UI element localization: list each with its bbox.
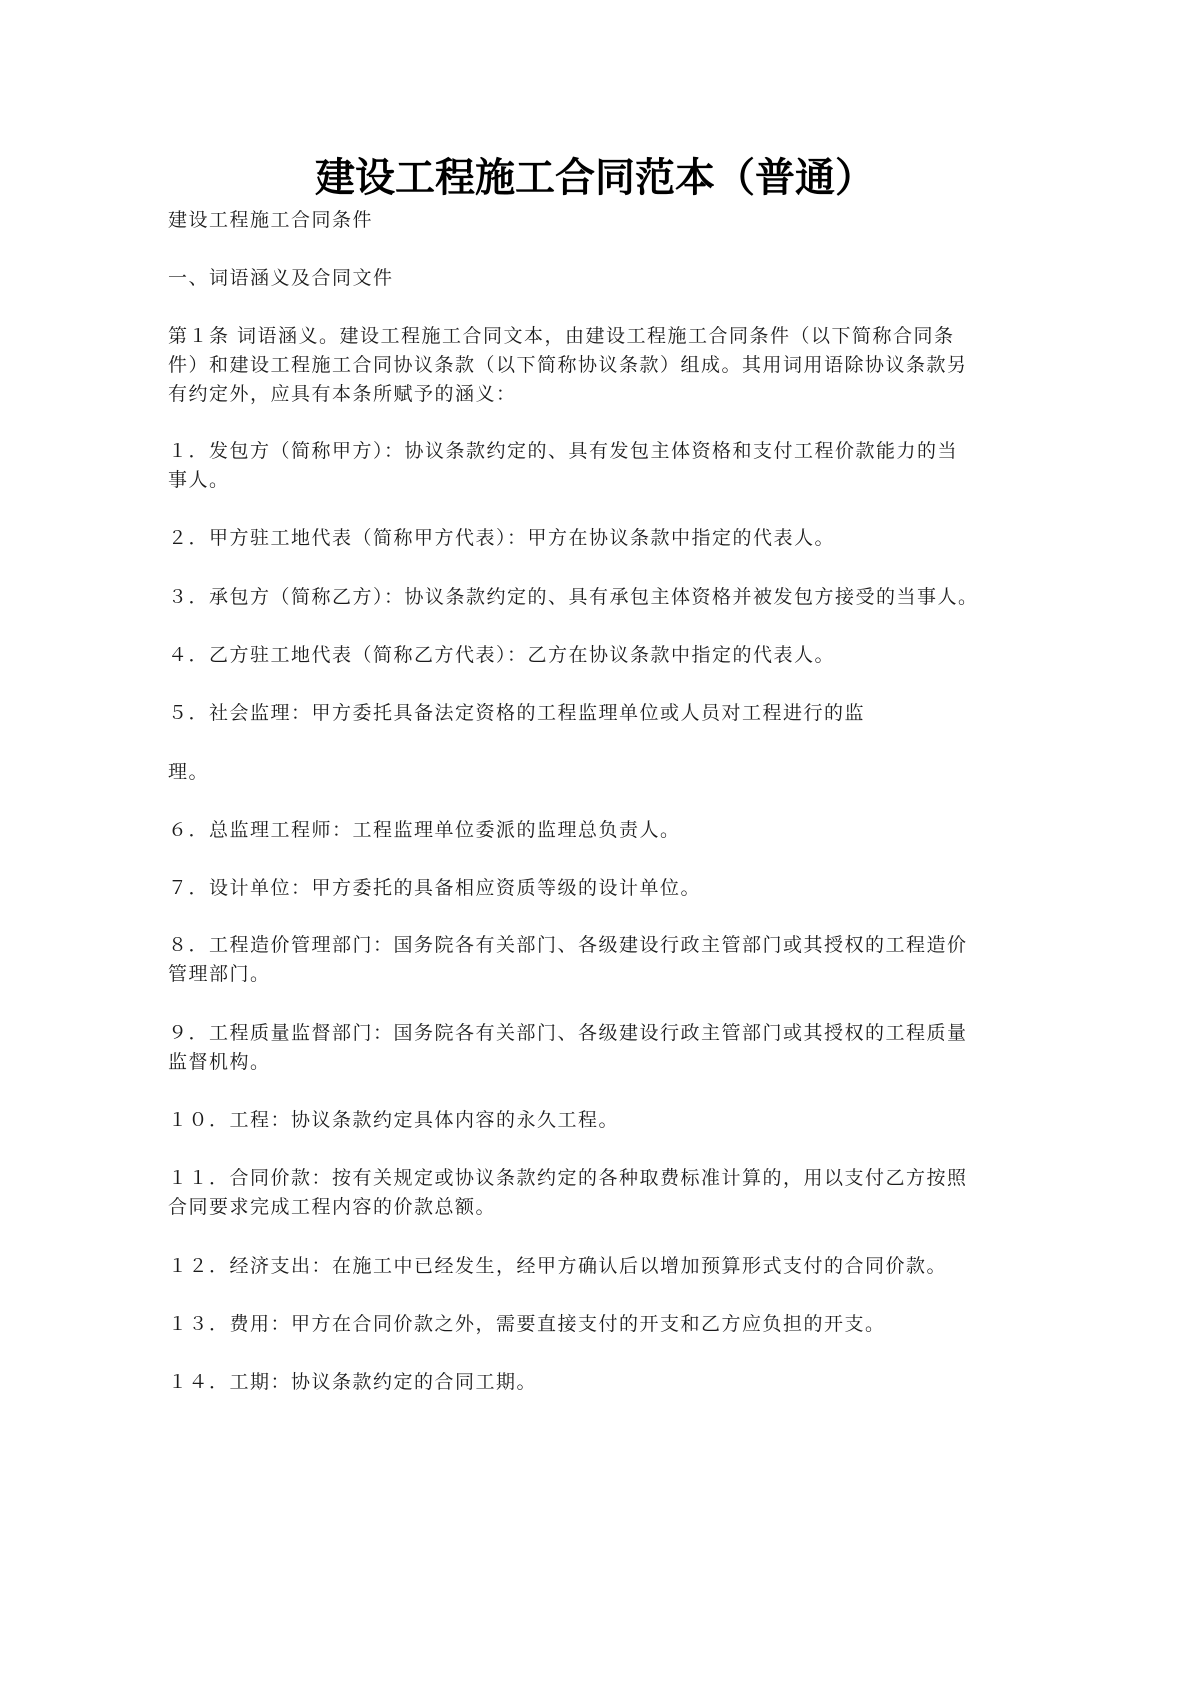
- paragraph-line: １３．费用：甲方在合同价款之外，需要直接支付的开支和乙方应负担的开支。: [168, 1310, 958, 1339]
- paragraph-line: ４．乙方驻工地代表（简称乙方代表）：乙方在协议条款中指定的代表人。: [168, 641, 958, 670]
- paragraph-line: ２．甲方驻工地代表（简称甲方代表）：甲方在协议条款中指定的代表人。: [168, 524, 958, 553]
- paragraph-line: １２．经济支出：在施工中已经发生，经甲方确认后以增加预算形式支付的合同价款。: [168, 1252, 958, 1281]
- document-title: 建设工程施工合同范本（普通）: [0, 152, 1190, 204]
- paragraph-line: ９．工程质量监督部门：国务院各有关部门、各级建设行政主管部门或其授权的工程质量: [168, 1019, 958, 1048]
- document-page: 建设工程施工合同范本（普通） 建设工程施工合同条件 一、词语涵义及合同文件 第１…: [0, 0, 1190, 1683]
- paragraph-line: １１．合同价款：按有关规定或协议条款约定的各种取费标准计算的，用以支付乙方按照: [168, 1164, 958, 1193]
- paragraph-line: 管理部门。: [168, 960, 958, 989]
- paragraph-line: 监督机构。: [168, 1048, 958, 1077]
- paragraph-line: １４．工期：协议条款约定的合同工期。: [168, 1368, 958, 1397]
- paragraph-line: ３．承包方（简称乙方）：协议条款约定的、具有承包主体资格并被发包方接受的当事人。: [168, 583, 958, 612]
- paragraph-line: ５．社会监理：甲方委托具备法定资格的工程监理单位或人员对工程进行的监: [168, 699, 958, 728]
- section-heading: 一、词语涵义及合同文件: [168, 264, 958, 293]
- paragraph-line: １０．工程：协议条款约定具体内容的永久工程。: [168, 1106, 958, 1135]
- document-subtitle: 建设工程施工合同条件: [168, 206, 958, 235]
- paragraph-line: 件）和建设工程施工合同协议条款（以下简称协议条款）组成。其用词用语除协议条款另: [168, 351, 958, 380]
- paragraph-line: １．发包方（简称甲方）：协议条款约定的、具有发包主体资格和支付工程价款能力的当: [168, 437, 958, 466]
- paragraph-line: 有约定外，应具有本条所赋予的涵义：: [168, 380, 958, 409]
- paragraph-line: 合同要求完成工程内容的价款总额。: [168, 1193, 958, 1222]
- paragraph-line: ７．设计单位：甲方委托的具备相应资质等级的设计单位。: [168, 874, 958, 903]
- paragraph-line: ６．总监理工程师：工程监理单位委派的监理总负责人。: [168, 816, 958, 845]
- paragraph-line: ８．工程造价管理部门：国务院各有关部门、各级建设行政主管部门或其授权的工程造价: [168, 931, 958, 960]
- paragraph-line: 第１条 词语涵义。建设工程施工合同文本，由建设工程施工合同条件（以下简称合同条: [168, 322, 958, 351]
- paragraph-line: 理。: [168, 758, 958, 787]
- paragraph-line: 事人。: [168, 466, 958, 495]
